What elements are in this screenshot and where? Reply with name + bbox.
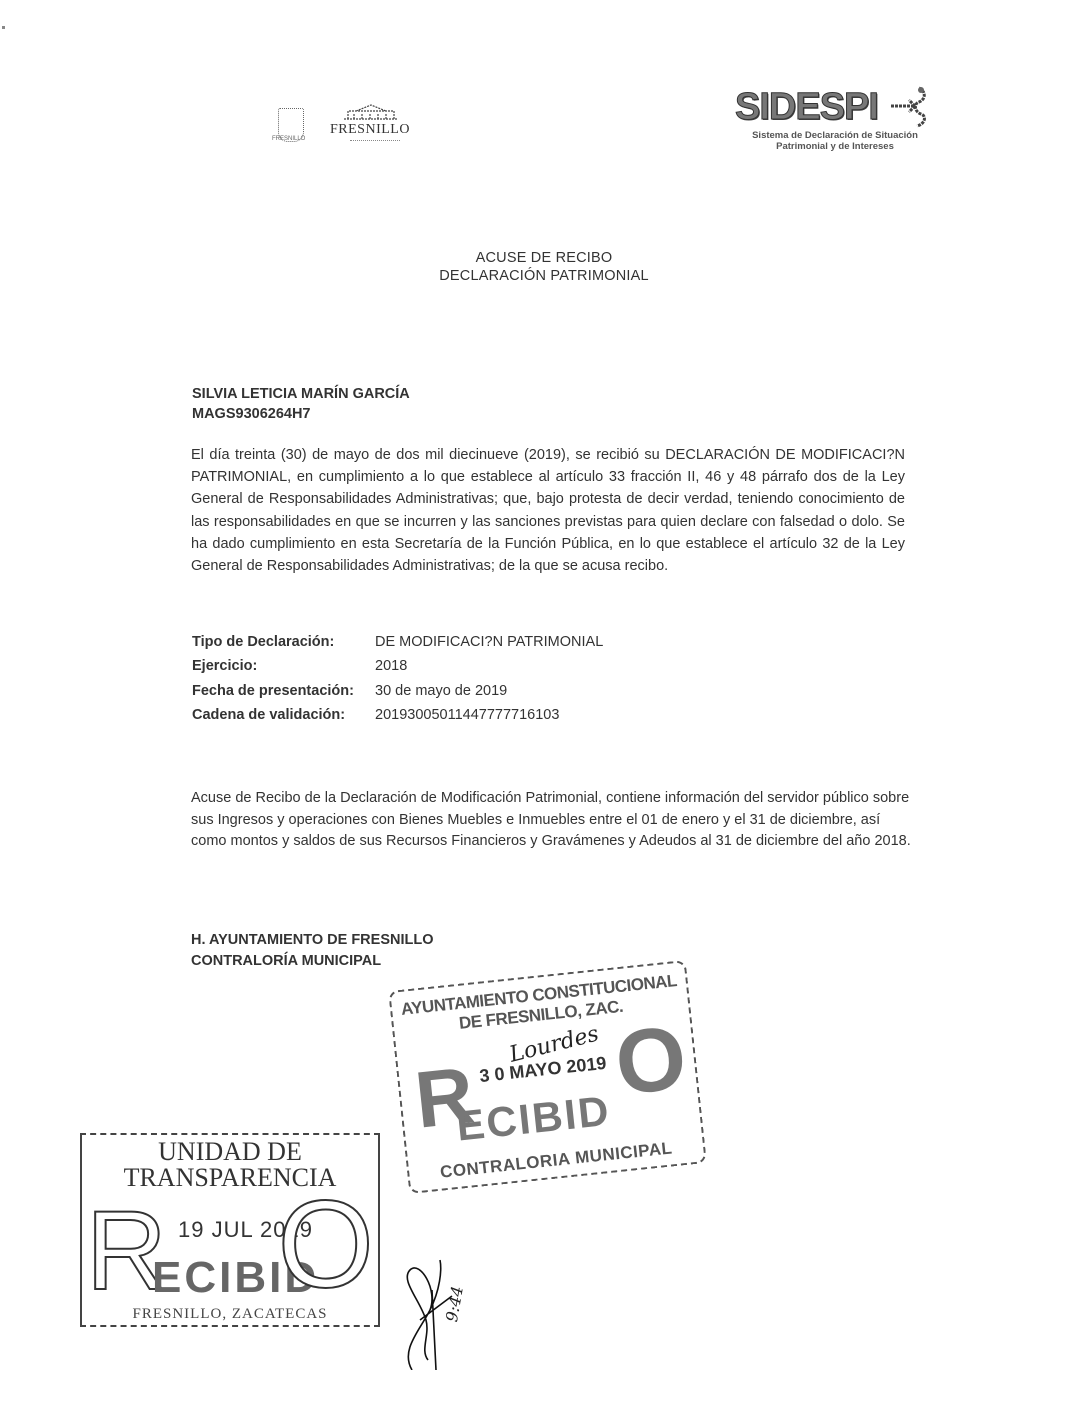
- issuer-line1: H. AYUNTAMIENTO DE FRESNILLO: [191, 930, 434, 951]
- stamp-big-letter-right: O: [278, 1183, 374, 1307]
- fresnillo-name: FRESNILLO: [330, 122, 410, 138]
- sidespi-subtitle: Sistema de Declaración de Situación Patr…: [735, 130, 935, 152]
- detail-value: 30 de mayo de 2019: [375, 679, 507, 703]
- detail-value: 2018: [375, 654, 407, 678]
- sidespi-wordmark: SIDESPI: [735, 86, 878, 129]
- logo-underline: [350, 140, 400, 141]
- detail-row-tipo: Tipo de Declaración: DE MODIFICACI?N PAT…: [192, 630, 603, 654]
- detail-label: Fecha de presentación:: [192, 679, 375, 703]
- detail-label: Cadena de validación:: [192, 703, 375, 727]
- document-title: ACUSE DE RECIBO DECLARACIÓN PATRIMONIAL: [0, 249, 1088, 285]
- sidespi-logo: SIDESPI Sistema de Declaración de Situac…: [735, 86, 935, 156]
- stamp-header-line1: UNIDAD DE: [82, 1139, 378, 1165]
- declarant-name: SILVIA LETICIA MARÍN GARCÍA: [192, 384, 410, 404]
- declarant-block: SILVIA LETICIA MARÍN GARCÍA MAGS9306264H…: [192, 384, 410, 424]
- contraloria-received-stamp: AYUNTAMIENTO CONSTITUCIONAL DE FRESNILLO…: [388, 960, 707, 1194]
- sidespi-subtitle-line1: Sistema de Declaración de Situación: [735, 130, 935, 141]
- fresnillo-logo: FRESNILLO FRESNILLO: [272, 100, 412, 148]
- declarant-rfc: MAGS9306264H7: [192, 404, 410, 424]
- body-paragraph: El día treinta (30) de mayo de dos mil d…: [191, 444, 905, 577]
- signature-stroke-icon: [390, 1250, 490, 1370]
- detail-row-fecha: Fecha de presentación: 30 de mayo de 201…: [192, 679, 603, 703]
- title-line1: ACUSE DE RECIBO: [0, 249, 1088, 267]
- transparencia-received-stamp: UNIDAD DE TRANSPARENCIA R 19 JUL 2019 EC…: [80, 1133, 380, 1327]
- detail-label: Ejercicio:: [192, 654, 375, 678]
- title-line2: DECLARACIÓN PATRIMONIAL: [0, 267, 1088, 285]
- building-icon: [342, 104, 400, 120]
- detail-row-ejercicio: Ejercicio: 2018: [192, 654, 603, 678]
- detail-label: Tipo de Declaración:: [192, 630, 375, 654]
- caduceus-icon: [885, 86, 931, 130]
- handwritten-signature: 9:44: [390, 1250, 490, 1370]
- stamp-word: ECIBID: [454, 1089, 612, 1149]
- issuer-line2: CONTRALORÍA MUNICIPAL: [191, 951, 434, 972]
- sidespi-subtitle-line2: Patrimonial y de Intereses: [735, 141, 935, 152]
- issuer-block: H. AYUNTAMIENTO DE FRESNILLO CONTRALORÍA…: [191, 930, 434, 972]
- detail-value: 20193005011447777716103: [375, 703, 559, 727]
- detail-row-cadena: Cadena de validación: 201930050114477777…: [192, 703, 603, 727]
- detail-value: DE MODIFICACI?N PATRIMONIAL: [375, 630, 603, 654]
- summary-paragraph: Acuse de Recibo de la Declaración de Mod…: [191, 788, 916, 853]
- crest-caption: FRESNILLO: [272, 136, 305, 142]
- stamp-footer: FRESNILLO, ZACATECAS: [82, 1306, 378, 1323]
- scan-artifact: [2, 26, 5, 29]
- stamp-big-letter-right: O: [611, 1013, 690, 1110]
- declaration-details: Tipo de Declaración: DE MODIFICACI?N PAT…: [192, 630, 603, 727]
- stamp-footer: CONTRALORIA MUNICIPAL: [409, 1135, 704, 1186]
